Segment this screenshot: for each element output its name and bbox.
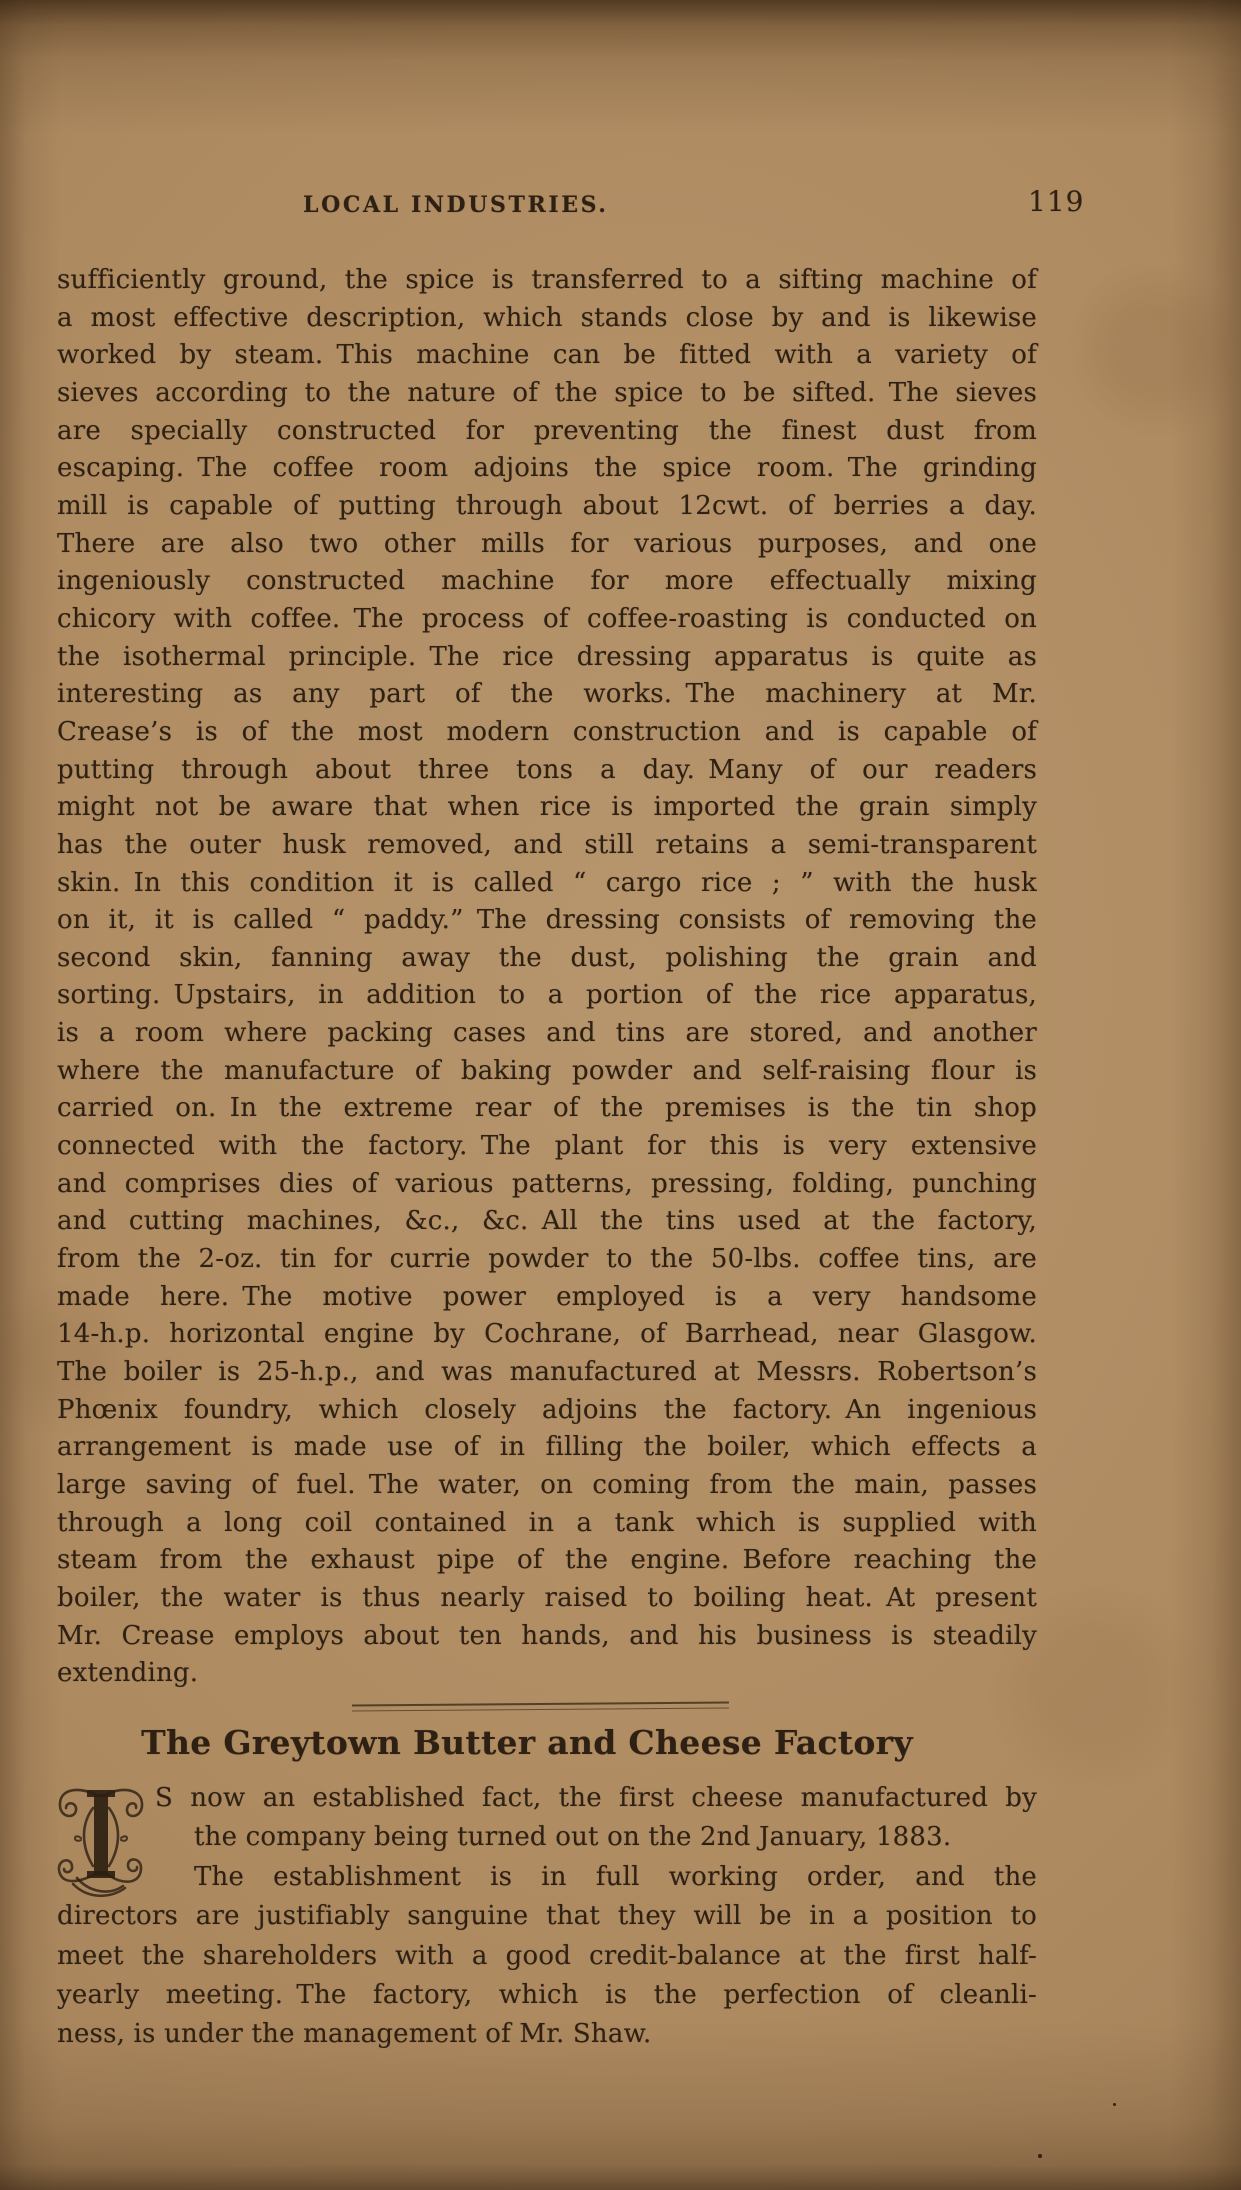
article-heading: The Greytown Butter and Cheese Factory (37, 1723, 1017, 1762)
text-line: through a long coil contained in a tank … (57, 1505, 1037, 1543)
text-line: putting through about three tons a day. … (57, 752, 1037, 790)
text-line: are specially constructed for preventing… (57, 413, 1037, 451)
text-line: ingeniously constructed machine for more… (57, 563, 1037, 601)
page-number: 119 (1028, 185, 1084, 218)
text-line: sieves according to the nature of the sp… (57, 375, 1037, 413)
text-line: chicory with coffee. The process of coff… (57, 601, 1037, 639)
text-line: Crease’s is of the most modern construct… (57, 714, 1037, 752)
article-body: I S now an established fact, the first c… (57, 1779, 1037, 2055)
text-line: carried on. In the extreme rear of the p… (57, 1090, 1037, 1128)
text-line: the isothermal principle. The rice dress… (57, 639, 1037, 677)
text-line: skin. In this condition it is called “ c… (57, 865, 1037, 903)
text-line: yearly meeting. The factory, which is th… (57, 1976, 1037, 2015)
text-line: from the 2-oz. tin for currie powder to … (57, 1241, 1037, 1279)
text-line: escaping. The coffee room adjoins the sp… (57, 450, 1037, 488)
text-line: interesting as any part of the works. Th… (57, 676, 1037, 714)
text-line: ness, is under the management of Mr. Sha… (57, 2015, 1037, 2054)
text-line: large saving of fuel. The water, on comi… (57, 1467, 1037, 1505)
text-line: Mr. Crease employs about ten hands, and … (57, 1618, 1037, 1656)
text-line: S now an established fact, the first che… (155, 1779, 1037, 1818)
text-line: the company being turned out on the 2nd … (194, 1818, 1037, 1857)
text-line: is a room where packing cases and tins a… (57, 1015, 1037, 1053)
text-line: directors are justifiably sanguine that … (57, 1897, 1037, 1936)
text-line: has the outer husk removed, and still re… (57, 827, 1037, 865)
text-line: a most effective description, which stan… (57, 300, 1037, 338)
text-line: worked by steam. This machine can be fit… (57, 337, 1037, 375)
paper-speck (1038, 2154, 1042, 2158)
paragraph-lines: S now an established fact, the first che… (57, 1779, 1037, 2055)
text-line: The establishment is in full working ord… (194, 1858, 1037, 1897)
text-line: sufficiently ground, the spice is transf… (57, 262, 1037, 300)
running-title: LOCAL INDUSTRIES. (303, 192, 609, 218)
text-line: 14-h.p. horizontal engine by Cochrane, o… (57, 1316, 1037, 1354)
article-continuation-paragraph: sufficiently ground, the spice is transf… (57, 262, 1037, 1693)
text-line: and cutting machines, &c., &c. All the t… (57, 1203, 1037, 1241)
text-line: arrangement is made use of in filling th… (57, 1429, 1037, 1467)
text-line: mill is capable of putting through about… (57, 488, 1037, 526)
text-line: There are also two other mills for vario… (57, 526, 1037, 564)
ornamental-initial-icon: I (51, 1782, 151, 1900)
text-line: sorting. Upstairs, in addition to a port… (57, 977, 1037, 1015)
text-line: where the manufacture of baking powder a… (57, 1053, 1037, 1091)
text-line: on it, it is called “ paddy.” The dressi… (57, 902, 1037, 940)
text-line: connected with the factory. The plant fo… (57, 1128, 1037, 1166)
paper-speck (1113, 2103, 1116, 2106)
text-line: The boiler is 25-h.p., and was manufactu… (57, 1354, 1037, 1392)
text-line: second skin, fanning away the dust, poli… (57, 940, 1037, 978)
text-line: steam from the exhaust pipe of the engin… (57, 1542, 1037, 1580)
text-line: extending. (57, 1655, 1037, 1693)
text-line: meet the shareholders with a good credit… (57, 1937, 1037, 1976)
text-line: boiler, the water is thus nearly raised … (57, 1580, 1037, 1618)
book-page: LOCAL INDUSTRIES. 119 sufficiently groun… (0, 0, 1241, 2190)
text-line: Phœnix foundry, which closely adjoins th… (57, 1392, 1037, 1430)
text-line: and comprises dies of various patterns, … (57, 1166, 1037, 1204)
text-line: made here. The motive power employed is … (57, 1279, 1037, 1317)
section-divider-rule (352, 1702, 729, 1712)
text-line: might not be aware that when rice is imp… (57, 789, 1037, 827)
